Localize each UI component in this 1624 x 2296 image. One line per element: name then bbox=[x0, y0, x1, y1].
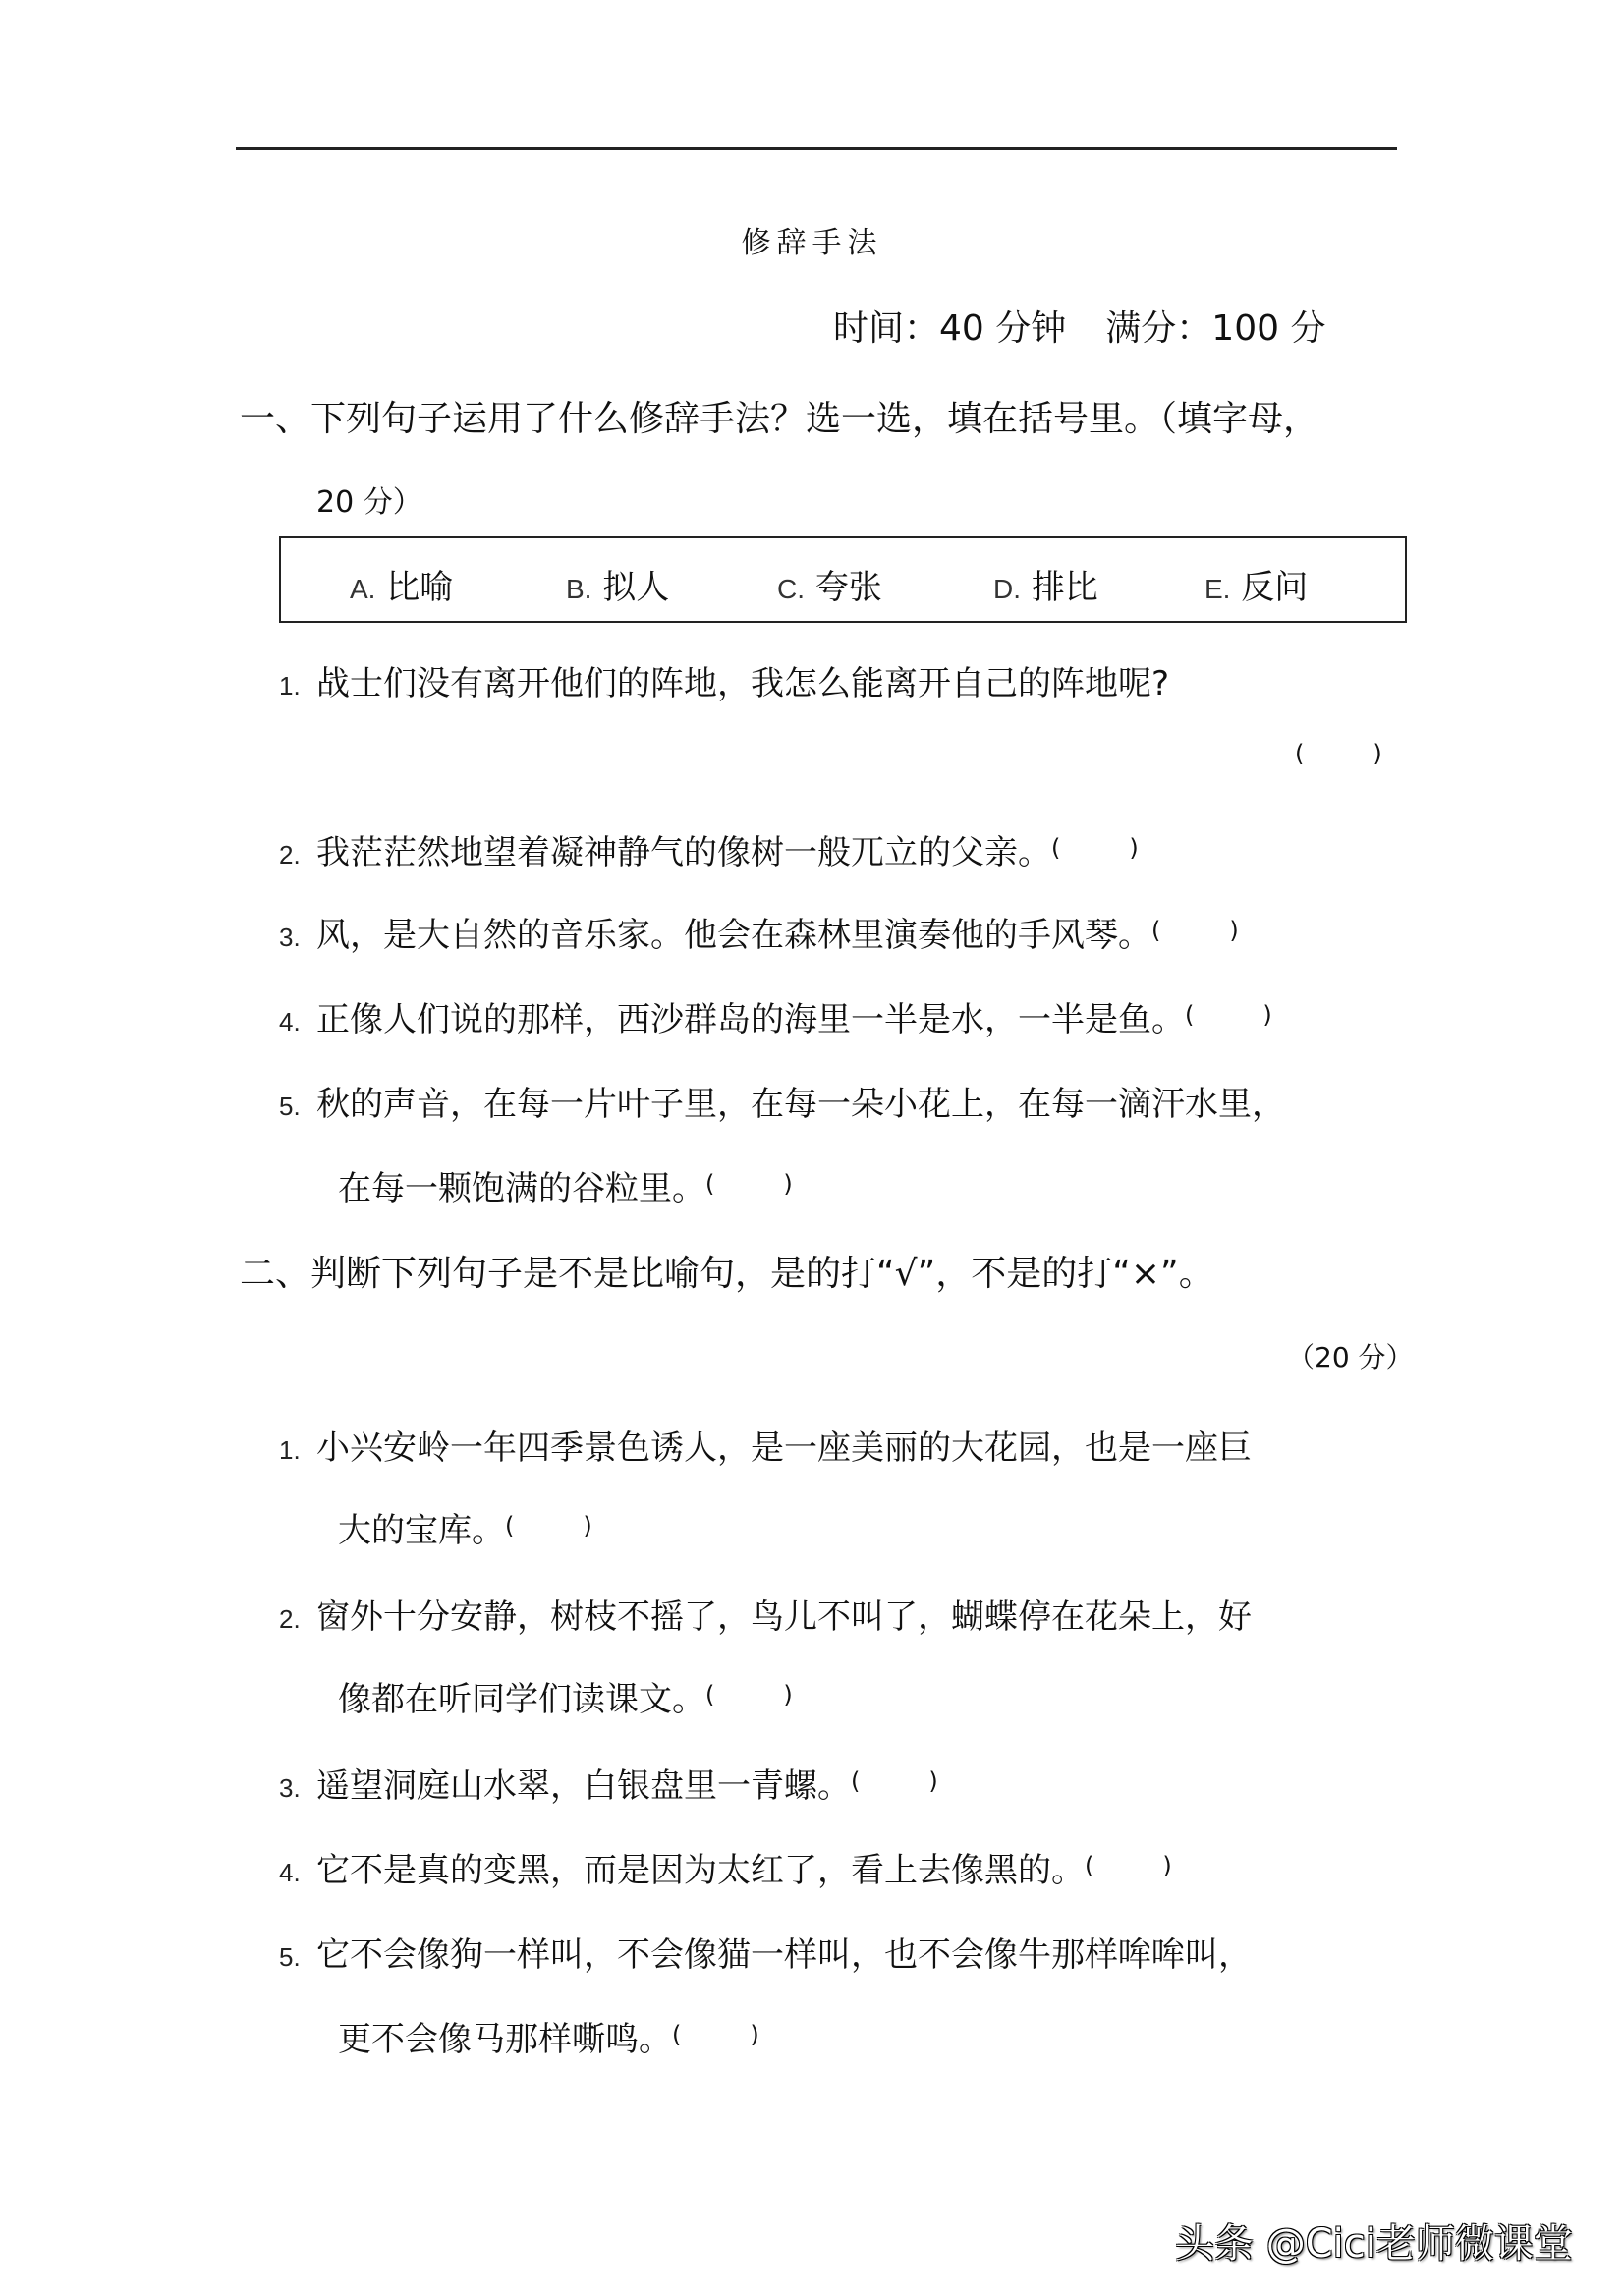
s1-q3-answer-blank[interactable]: () bbox=[1151, 917, 1239, 944]
section1-heading: 一、下列句子运用了什么修辞手法？选一选，填在括号里。（填字母， bbox=[240, 391, 1318, 441]
options-box: A. 比喻 B. 拟人 C. 夸张 D. 排比 E. 反问 bbox=[279, 536, 1407, 623]
s2-question-5: 5.它不会像狗一样叫，不会像猫一样叫，也不会像牛那样哞哞叫， bbox=[279, 1928, 1252, 1976]
section2-heading: 二、判断下列句子是不是比喻句，是的打“√”，不是的打“×”。 bbox=[240, 1246, 1214, 1296]
s2-question-3: 3.遥望洞庭山水翠，白银盘里一青螺。() bbox=[279, 1759, 938, 1807]
option-e: E. 反问 bbox=[1204, 560, 1308, 608]
s2-question-1-cont: 大的宝库。() bbox=[338, 1503, 592, 1551]
document-title: 修辞手法 bbox=[0, 218, 1624, 261]
s1-q5-answer-blank[interactable]: () bbox=[705, 1170, 793, 1198]
s1-question-3: 3.风，是大自然的音乐家。他会在森林里演奏他的手风琴。() bbox=[279, 908, 1239, 956]
s2-question-4: 4.它不是真的变黑，而是因为太红了，看上去像黑的。() bbox=[279, 1843, 1172, 1891]
s1-q1-answer-blank[interactable]: () bbox=[1295, 739, 1382, 778]
section2-score: （20 分） bbox=[1287, 1336, 1414, 1375]
s1-question-4: 4.正像人们说的那样，西沙群岛的海里一半是水，一半是鱼。() bbox=[279, 992, 1272, 1040]
s2-q4-answer-blank[interactable]: () bbox=[1085, 1852, 1172, 1879]
exam-meta: 时间：40 分钟满分：100 分 bbox=[833, 301, 1325, 351]
watermark: 头条 @Cici老师微课堂 bbox=[1175, 2212, 1573, 2268]
s1-question-2: 2.我茫茫然地望着凝神静气的像树一般兀立的父亲。() bbox=[279, 825, 1139, 873]
s2-q5-answer-blank[interactable]: () bbox=[672, 2021, 759, 2048]
s2-q1-answer-blank[interactable]: () bbox=[505, 1512, 592, 1540]
s2-q2-answer-blank[interactable]: () bbox=[705, 1681, 793, 1708]
s2-question-1: 1.小兴安岭一年四季景色诱人，是一座美丽的大花园，也是一座巨 bbox=[279, 1421, 1252, 1469]
s1-question-5-cont: 在每一颗饱满的谷粒里。() bbox=[338, 1161, 793, 1209]
s2-q3-answer-blank[interactable]: () bbox=[851, 1767, 938, 1795]
time-label: 时间： bbox=[833, 308, 939, 349]
option-d: D. 排比 bbox=[993, 560, 1098, 608]
s2-question-2: 2.窗外十分安静，树枝不摇了，鸟儿不叫了，蝴蝶停在花朵上，好 bbox=[279, 1590, 1252, 1638]
top-rule bbox=[236, 147, 1397, 150]
score-value: 100 分 bbox=[1211, 308, 1325, 349]
s1-q4-answer-blank[interactable]: () bbox=[1185, 1001, 1272, 1029]
option-a: A. 比喻 bbox=[350, 560, 453, 608]
option-b: B. 拟人 bbox=[566, 560, 669, 608]
s1-question-5: 5.秋的声音，在每一片叶子里，在每一朵小花上，在每一滴汗水里， bbox=[279, 1077, 1285, 1125]
time-value: 40 分钟 bbox=[939, 308, 1066, 349]
s1-q2-answer-blank[interactable]: () bbox=[1051, 834, 1139, 862]
s2-question-2-cont: 像都在听同学们读课文。() bbox=[338, 1672, 793, 1720]
s1-question-1: 1.战士们没有离开他们的阵地，我怎么能离开自己的阵地呢? bbox=[279, 656, 1169, 704]
score-label: 满分： bbox=[1105, 308, 1211, 349]
option-c: C. 夸张 bbox=[777, 560, 882, 608]
section1-heading-cont: 20 分） bbox=[316, 477, 422, 521]
s2-question-5-cont: 更不会像马那样嘶鸣。() bbox=[338, 2012, 759, 2060]
